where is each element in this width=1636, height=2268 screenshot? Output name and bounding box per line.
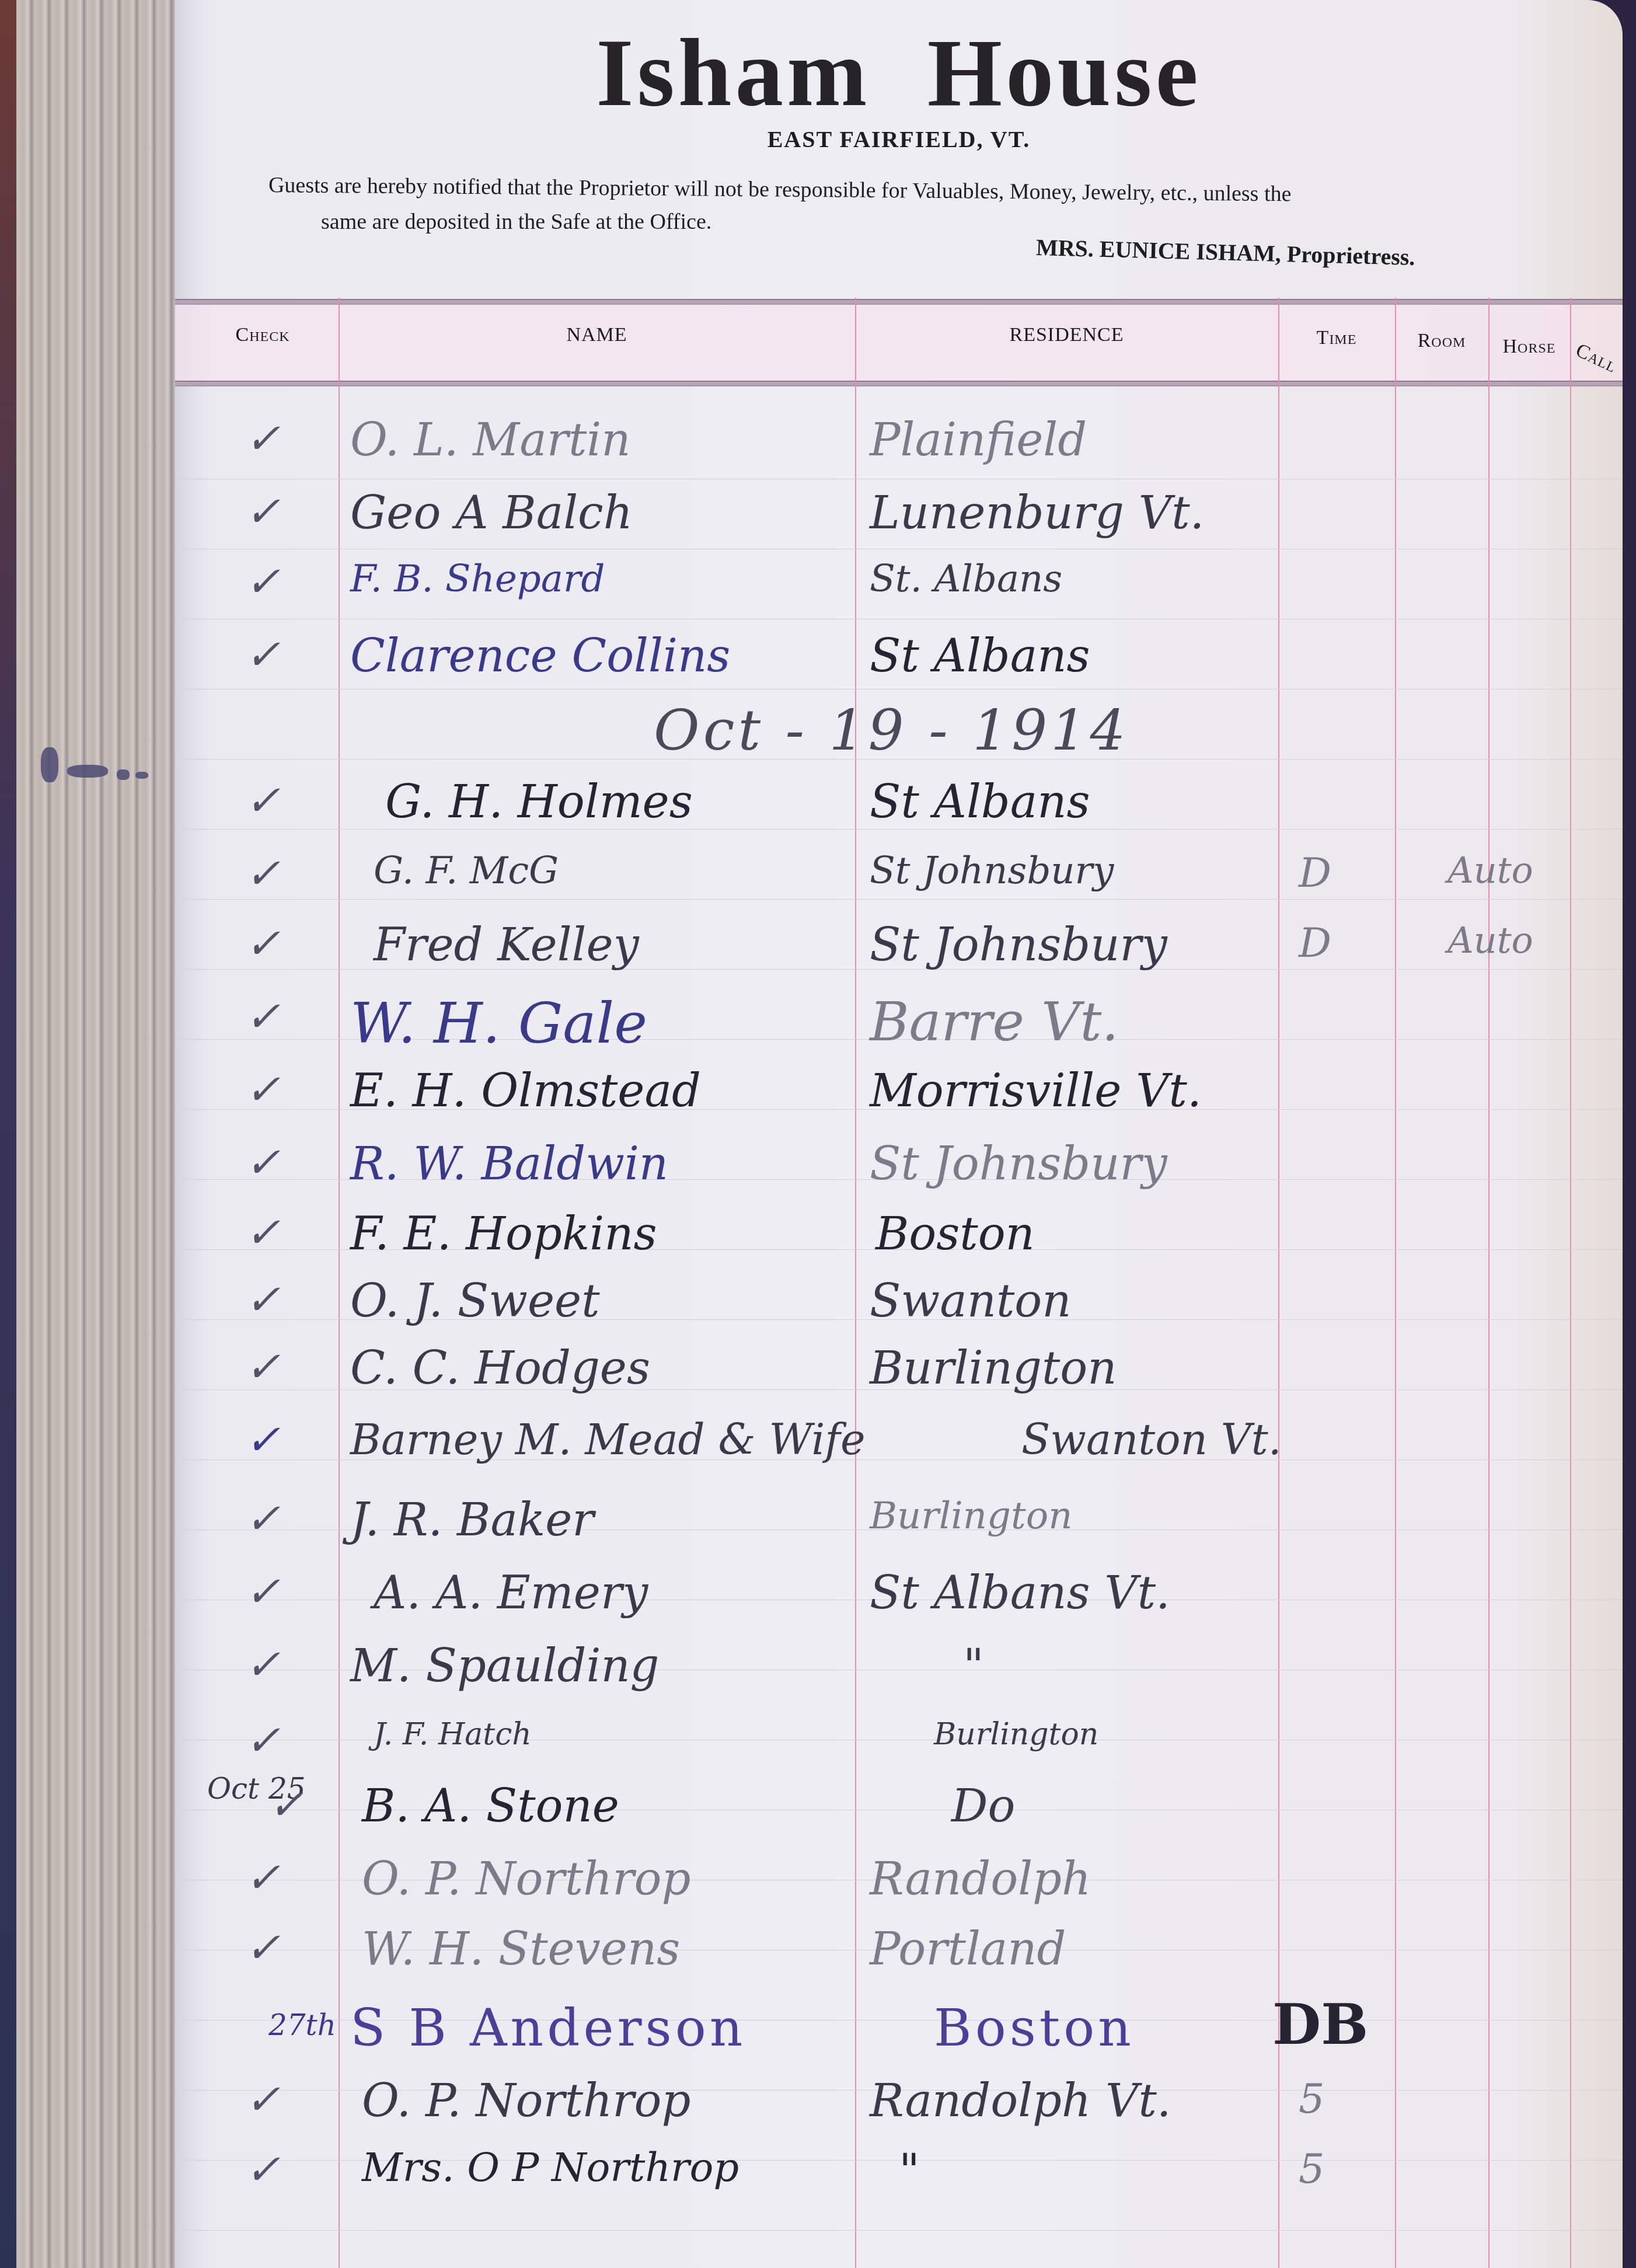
check-mark: ✓ [245, 852, 280, 894]
guest-name: J. R. Baker [350, 1497, 594, 1543]
time-mark: 5 [1299, 2078, 1325, 2119]
check-mark: ✓ [245, 633, 280, 675]
horse-note: Auto [1447, 852, 1533, 889]
time-mark: 5 [1299, 2148, 1325, 2189]
check-mark: ✓ [245, 1643, 280, 1685]
check-mark: ✓ [245, 490, 280, 532]
guest-residence: Boston [875, 1211, 1035, 1257]
ink-stain [41, 747, 58, 782]
check-mark: ✓ [245, 1719, 280, 1761]
column-header-residence: RESIDENCE [855, 324, 1278, 346]
guest-name: Clarence Collins [350, 633, 730, 679]
check-mark: ✓ [245, 417, 280, 459]
register-entry: ✓ F. E. Hopkins Boston [175, 1211, 1623, 1281]
horse-note: Auto [1447, 922, 1533, 959]
guest-residence: St Albans Vt. [870, 1570, 1170, 1616]
register-entry: S B Anderson Boston DB [175, 2002, 1623, 2072]
check-mark: ✓ [245, 779, 280, 821]
guest-residence: St Johnsbury [870, 852, 1114, 890]
guest-residence: Morrisville Vt. [870, 1068, 1202, 1114]
guest-name: Geo A Balch [350, 490, 633, 536]
guest-name: Fred Kelley [374, 922, 639, 968]
guest-residence: Swanton Vt. [1021, 1419, 1282, 1461]
guest-name: W. H. Stevens [362, 1926, 680, 1972]
register-entry: ✓ W. H. Gale Barre Vt. [175, 995, 1623, 1065]
guest-name: A. A. Emery [374, 1570, 648, 1616]
guest-residence: Randolph [870, 1856, 1091, 1902]
guest-name: O. L. Martin [350, 417, 631, 463]
register-entry: ✓ J. F. Hatch Burlington [175, 1719, 1623, 1789]
check-mark: ✓ [245, 1926, 280, 1969]
proprietor-name: MRS. EUNICE ISHAM, Proprietress. [1035, 234, 1415, 271]
column-header-room: Room [1395, 330, 1488, 352]
guest-name: F. B. Shepard [350, 560, 605, 598]
guest-residence: Randolph Vt. [870, 2078, 1171, 2124]
guest-residence: Burlington [870, 1497, 1072, 1535]
guest-name: G. H. Holmes [385, 779, 693, 825]
register-entry: ✓ O. J. Sweet Swanton [175, 1278, 1623, 1349]
guest-residence: Plainfield [870, 417, 1087, 463]
check-mark: ✓ [245, 1856, 280, 1898]
column-header-time: Time [1278, 327, 1395, 349]
register-entry: ✓ F. B. Shepard St. Albans [175, 560, 1623, 630]
check-mark: ✓ [245, 1068, 280, 1110]
guest-residence: " [899, 2148, 920, 2194]
guest-residence: St Albans [870, 633, 1090, 679]
check-mark: ✓ [268, 1783, 304, 1825]
guest-residence: St Johnsbury [870, 922, 1167, 968]
guest-name: G. F. McG [374, 852, 559, 890]
guest-residence: Burlington [870, 1346, 1117, 1391]
book-page-edges [0, 0, 177, 2268]
guest-name: C. C. Hodges [350, 1346, 650, 1391]
time-mark: D [1299, 852, 1331, 893]
guest-name: Barney M. Mead & Wife [350, 1419, 866, 1461]
notice-line-2: same are deposited in the Safe at the Of… [321, 209, 711, 235]
check-mark: ✓ [245, 2078, 280, 2120]
guest-name: O. P. Northrop [362, 1856, 690, 1902]
notice-line-1: Guests are hereby notified that the Prop… [268, 172, 1292, 207]
check-mark: ✓ [245, 1419, 280, 1461]
header-bottom-rule [175, 381, 1623, 386]
register-entry: ✓ R. W. Baldwin St Johnsbury [175, 1141, 1623, 1211]
register-entry: ✓ J. R. Baker Burlington [175, 1497, 1623, 1567]
header-top-rule [175, 299, 1623, 305]
guest-name: W. H. Gale [350, 995, 647, 1051]
guest-name: O. P. Northrop [362, 2078, 690, 2124]
guest-name: B. A. Stone [362, 1783, 619, 1829]
hotel-location: EAST FAIRFIELD, VT. [175, 126, 1623, 153]
guest-residence: St Albans [870, 779, 1090, 825]
register-entry: ✓ G. H. Holmes St Albans [175, 779, 1623, 849]
guest-residence: Do [951, 1783, 1016, 1829]
date-heading: Oct - 19 - 1914 [654, 698, 1129, 763]
guest-residence: Lunenburg Vt. [870, 490, 1204, 536]
register-entry: ✓ Geo A Balch Lunenburg Vt. [175, 490, 1623, 560]
check-mark: ✓ [245, 995, 280, 1037]
guest-name: Mrs. O P Northrop [362, 2148, 739, 2188]
check-mark: ✓ [245, 1497, 280, 1539]
register-entry: ✓ A. A. Emery St Albans Vt. [175, 1570, 1623, 1640]
check-mark: ✓ [245, 1570, 280, 1612]
hotel-title: Isham House [175, 18, 1623, 128]
register-entry: ✓ B. A. Stone Do [175, 1783, 1623, 1854]
guest-name: F. E. Hopkins [350, 1211, 657, 1257]
register-entry: ✓ Mrs. O P Northrop " 5 [175, 2148, 1623, 2218]
ruled-line [175, 2230, 1623, 2231]
book-binding [0, 0, 16, 2268]
register-entry: ✓ E. H. Olmstead Morrisville Vt. [175, 1068, 1623, 1138]
register-entry: ✓ Barney M. Mead & Wife Swanton Vt. [175, 1419, 1623, 1489]
guest-residence: St. Albans [870, 560, 1062, 598]
guest-residence: Boston [934, 2002, 1135, 2054]
column-header-name: NAME [339, 324, 855, 346]
time-mark: DB [1272, 1997, 1368, 2053]
register-entry: ✓ W. H. Stevens Portland [175, 1926, 1623, 1997]
ink-stain [135, 772, 148, 779]
guest-residence: St Johnsbury [870, 1141, 1167, 1187]
guest-residence: Swanton [870, 1278, 1071, 1324]
register-entry: ✓ Clarence Collins St Albans [175, 633, 1623, 703]
register-page: Isham House EAST FAIRFIELD, VT. Guests a… [175, 0, 1623, 2268]
guest-residence: Barre Vt. [870, 995, 1119, 1049]
ink-stain [117, 769, 130, 780]
register-entry: ✓ C. C. Hodges Burlington [175, 1346, 1623, 1416]
register-entry: ✓ Fred Kelley St Johnsbury D Auto [175, 922, 1623, 992]
guest-name: M. Spaulding [350, 1643, 660, 1689]
guest-name: S B Anderson [350, 2002, 746, 2054]
register-entry: ✓ M. Spaulding " [175, 1643, 1623, 1713]
column-header-horse: Horse [1488, 336, 1570, 358]
time-mark: D [1299, 922, 1331, 963]
guest-name: R. W. Baldwin [350, 1141, 668, 1187]
column-header-check: Check [204, 324, 321, 346]
register-entry: ✓ O. L. Martin Plainfield [175, 417, 1623, 487]
check-mark: ✓ [245, 1278, 280, 1321]
guest-name: E. H. Olmstead [350, 1068, 701, 1114]
guest-residence: Portland [870, 1926, 1066, 1972]
guest-residence: Burlington [934, 1719, 1098, 1750]
check-mark: ✓ [245, 1346, 280, 1388]
check-mark: ✓ [245, 1141, 280, 1183]
guest-residence: " [963, 1643, 984, 1689]
check-mark: ✓ [245, 1211, 280, 1253]
register-entry: ✓ G. F. McG St Johnsbury D Auto [175, 852, 1623, 922]
guest-name: J. F. Hatch [374, 1719, 532, 1750]
ink-stain [67, 765, 108, 778]
register-entry: ✓ O. P. Northrop Randolph [175, 1856, 1623, 1926]
check-mark: ✓ [245, 922, 280, 964]
check-mark: ✓ [245, 560, 280, 602]
register-entry: ✓ O. P. Northrop Randolph Vt. 5 [175, 2078, 1623, 2148]
guest-name: O. J. Sweet [350, 1278, 600, 1324]
check-mark: ✓ [245, 2148, 280, 2190]
